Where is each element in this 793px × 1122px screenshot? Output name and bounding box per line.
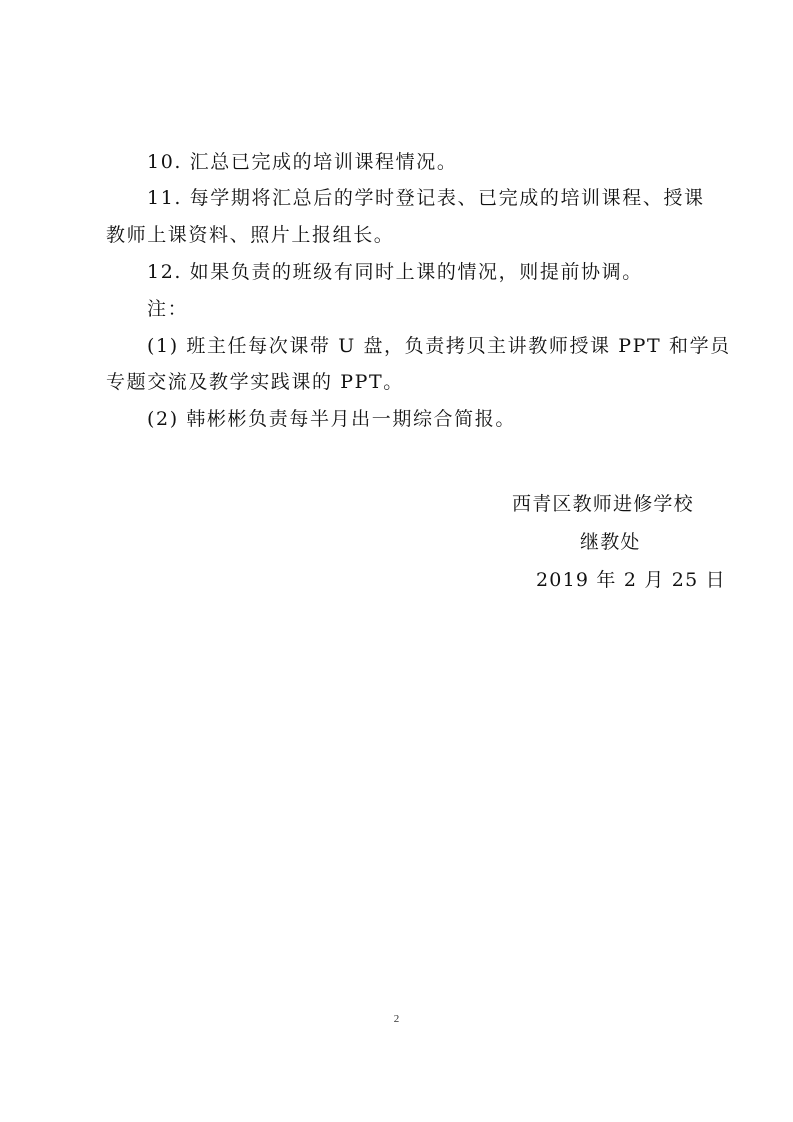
note-1-line-2: 专题交流及教学实践课的 PPT。 xyxy=(106,370,404,394)
signature-department: 继教处 xyxy=(580,530,641,554)
signature-organization: 西青区教师进修学校 xyxy=(512,492,694,516)
note-heading: 注： xyxy=(147,297,188,321)
item-12-line-1: 12. 如果负责的班级有同时上课的情况，则提前协调。 xyxy=(147,260,643,284)
document-page: 10. 汇总已完成的培训课程情况。 11. 每学期将汇总后的学时登记表、已完成的… xyxy=(0,0,793,1122)
note-1-line-1: (1) 班主任每次课带 U 盘，负责拷贝主讲教师授课 PPT 和学员 xyxy=(147,334,731,358)
page-number: 2 xyxy=(0,1013,793,1025)
item-10-line-1: 10. 汇总已完成的培训课程情况。 xyxy=(147,150,457,174)
item-11-line-1: 11. 每学期将汇总后的学时登记表、已完成的培训课程、授课 xyxy=(147,186,705,210)
note-2-line-1: (2) 韩彬彬负责每半月出一期综合简报。 xyxy=(147,407,516,431)
signature-date: 2019 年 2 月 25 日 xyxy=(536,568,726,592)
item-11-line-2: 教师上课资料、照片上报组长。 xyxy=(106,223,394,247)
